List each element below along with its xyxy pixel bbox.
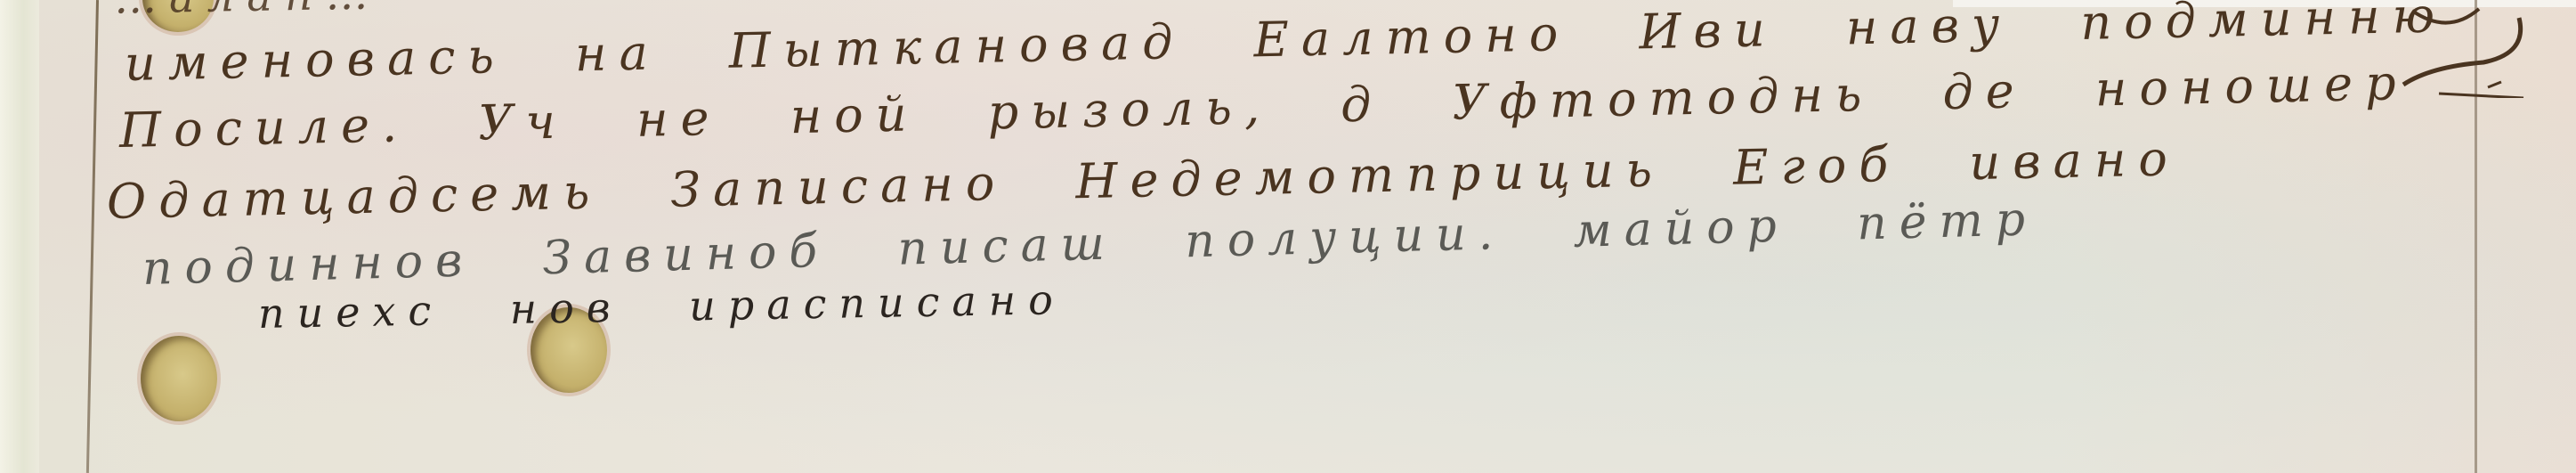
manuscript-page: …алан… именовась на Пыткановад Еалтоно И…	[0, 0, 2576, 473]
margin-flourish-icon	[2394, 0, 2528, 98]
flourish-icon	[2394, 0, 2528, 98]
top-cut-off-text: …алан…	[114, 0, 381, 24]
punch-hole-left	[141, 336, 217, 421]
scan-edge	[0, 0, 39, 473]
left-margin-rule	[86, 0, 99, 473]
